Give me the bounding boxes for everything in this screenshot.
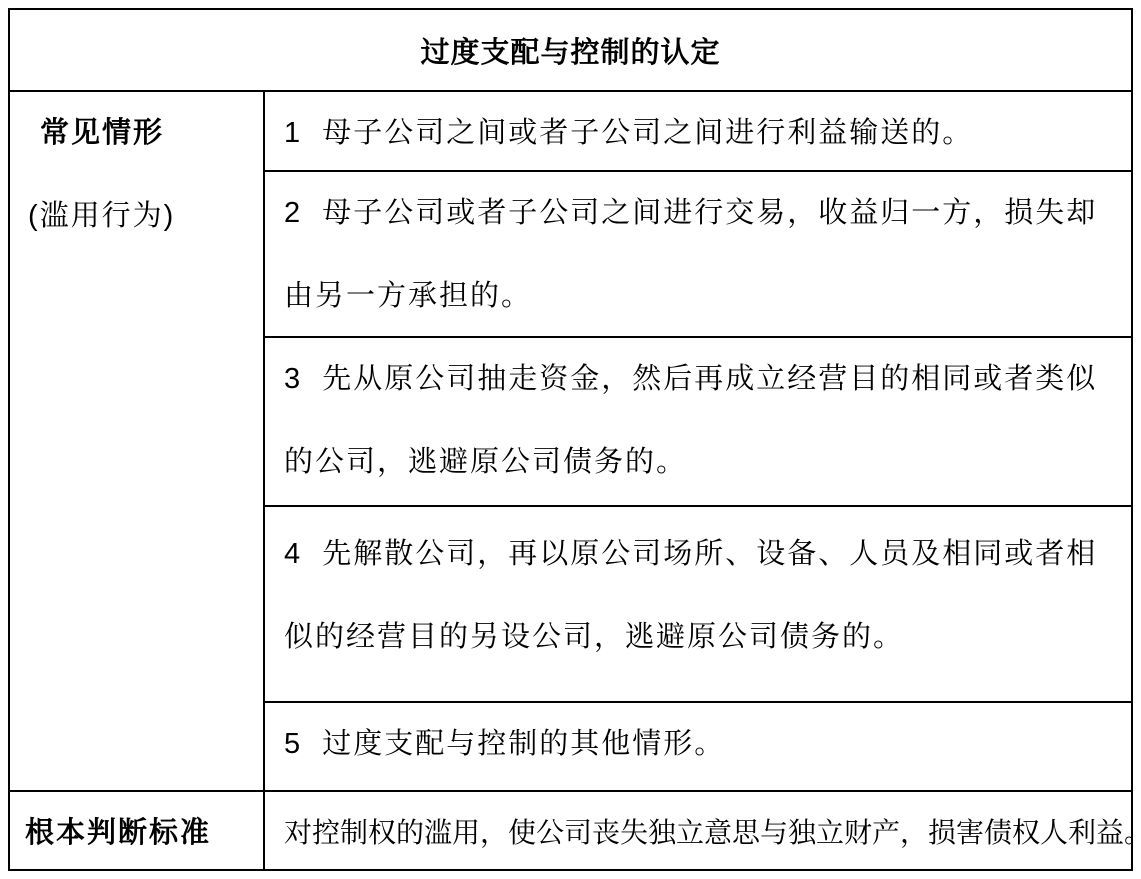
item-1-profit-transfer: 1 母子公司之间或者子公司之间进行利益输送的。 <box>265 92 1131 172</box>
common-situations-label: 常见情形 <box>28 92 257 175</box>
item-3-withdraw-funds-new-company: 3 先从原公司抽走资金，然后再成立经营目的相同或者类似的公司，逃避原公司债务的。 <box>265 338 1131 507</box>
item-4-dissolve-and-reestablish: 4 先解散公司，再以原公司场所、设备、人员及相同或者相似的经营目的另设公司，逃避… <box>265 507 1131 703</box>
judgment-standard-text: 对控制权的滥用，使公司丧失独立意思与独立财产，损害债权人利益。 <box>265 792 1131 869</box>
determination-table: 过度支配与控制的认定 常见情形 (滥用行为) 1 母子公司之间或者子公司之间进行… <box>8 8 1133 871</box>
abuse-behavior-note: (滥用行为) <box>28 175 257 258</box>
row-header-common-situations: 常见情形 (滥用行为) <box>10 92 265 792</box>
table-title: 过度支配与控制的认定 <box>10 10 1131 92</box>
item-2-one-sided-transactions: 2 母子公司或者子公司之间进行交易，收益归一方，损失却由另一方承担的。 <box>265 172 1131 338</box>
judgment-standard-label: 根本判断标准 <box>10 792 265 869</box>
document-page: 过度支配与控制的认定 常见情形 (滥用行为) 1 母子公司之间或者子公司之间进行… <box>0 0 1141 879</box>
item-5-other-situations: 5 过度支配与控制的其他情形。 <box>265 703 1131 792</box>
